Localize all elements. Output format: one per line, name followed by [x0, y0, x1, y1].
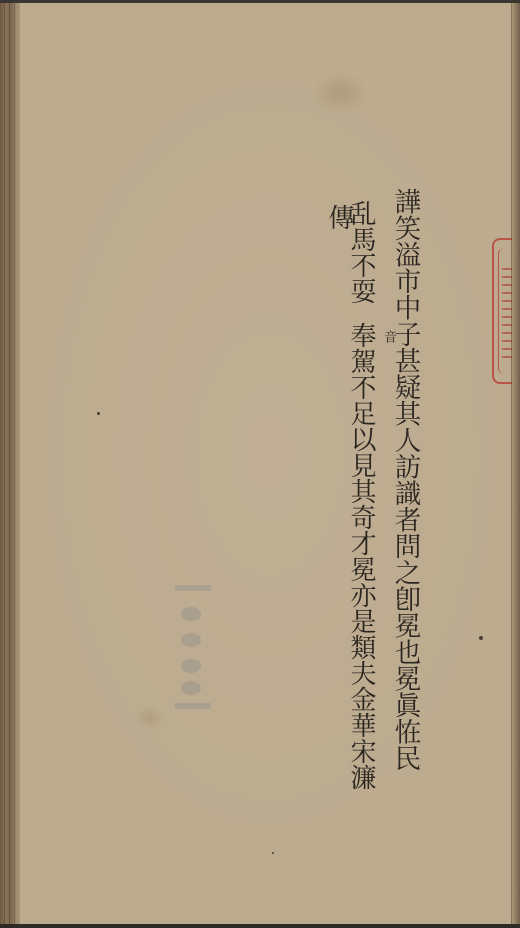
- bleed-blob: [181, 659, 201, 673]
- bleed-through-mark: [175, 585, 211, 710]
- bleed-bar: [175, 585, 211, 591]
- paper-speck: [272, 852, 274, 854]
- text-column-2-part-2: 奉駕不足以見其奇才冕亦是類夫金華宋濂: [348, 322, 374, 790]
- bleed-blob: [181, 633, 201, 647]
- bleed-bar: [175, 703, 211, 709]
- text-column-1: 譁笑溢市中子甚疑其人訪識者問之卽冕也冕眞恠民: [391, 188, 418, 771]
- book-spine: [0, 3, 20, 924]
- spine-line: [14, 3, 15, 924]
- spine-line: [9, 3, 10, 924]
- manuscript-page: 譁笑溢市中子甚疑其人訪識者問之卽冕也冕眞恠民 乱馬不耍 音 奉駕不足以見其奇才冕…: [0, 0, 520, 928]
- paper-speck: [479, 636, 483, 640]
- paper-speck: [97, 412, 100, 415]
- bottom-edge: [0, 924, 520, 928]
- spine-line: [4, 3, 5, 924]
- bleed-blob: [181, 607, 201, 621]
- bleed-blob: [181, 681, 201, 695]
- paper-sheet: [20, 3, 512, 924]
- right-page-edge: [512, 3, 520, 924]
- text-column-3: 傳: [326, 204, 352, 232]
- pronunciation-gloss: 音: [379, 330, 398, 343]
